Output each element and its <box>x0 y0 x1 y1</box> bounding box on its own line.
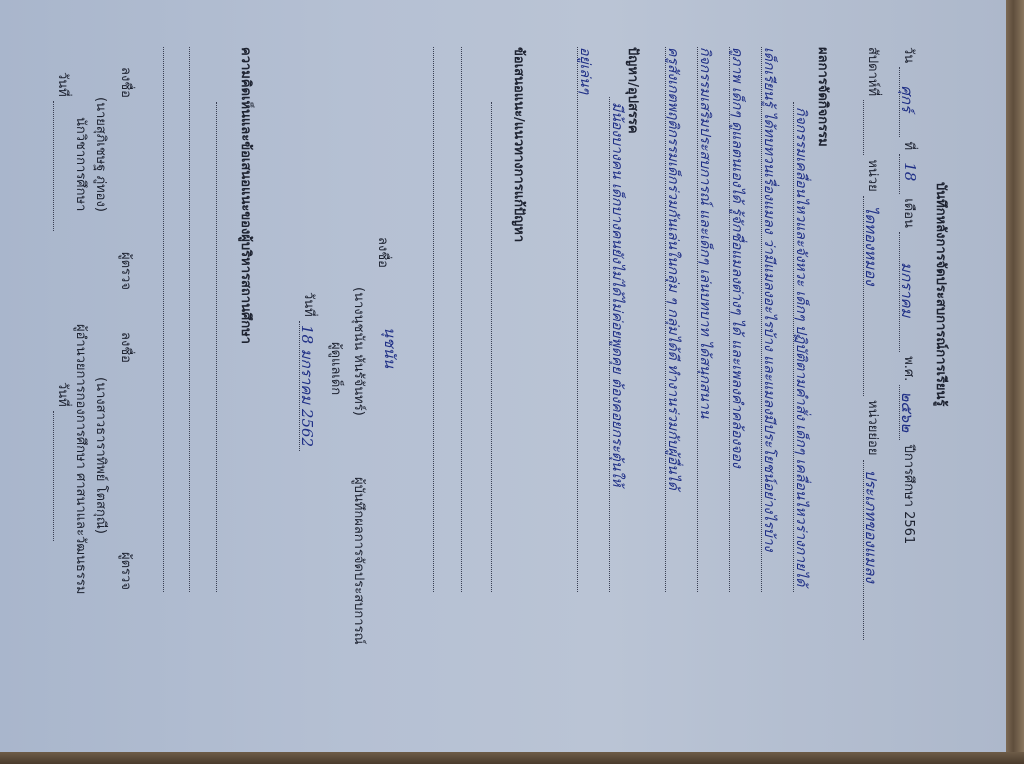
suggestions-line-1[interactable] <box>491 102 492 592</box>
inspector2-sign-label: ลงชื่อ <box>116 332 137 363</box>
recorder-date-line: วันที่ 18 มกราคม 2562 <box>299 292 320 451</box>
subunit-field[interactable]: ประเภทของแมลง <box>863 460 877 640</box>
date-line: วัน ศุกร์ ที่ 18 เดือน มกราคม พ.ศ. ๒๕๖๒ … <box>899 47 920 544</box>
inspector2-date-label: วันที่ <box>55 382 70 407</box>
results-text-3: ดูภาพ เด็กๆ ดูแลตนเองได้ รู้จักชื่อแมลงต… <box>726 47 748 468</box>
problems-text-2: อยู่เล่นๆ <box>574 47 596 94</box>
date-value: 18 <box>901 162 919 181</box>
admin-line-1[interactable] <box>216 102 217 592</box>
year-label: พ.ศ. <box>901 356 916 381</box>
results-text-4: กิจกรรมเสริมประสบการณ์ และเด็กๆ เล่นบทบา… <box>694 47 716 418</box>
month-label: เดือน <box>901 198 916 228</box>
inspector1-date-field[interactable] <box>53 101 67 231</box>
week-label: สัปดาห์ที่ <box>865 47 880 96</box>
results-text-1: กิจกรรมเคลื่อนไหวและจังหวะ เด็กๆ ปฏิบัติ… <box>790 107 812 586</box>
unit-value: ไดทองหมอง <box>859 206 883 286</box>
unit-field[interactable]: ไดทองหมอง <box>863 196 877 396</box>
results-text-5: ครูสังเกตพฤติกรรมเด็กร่วมกันเล่นในกลุ่ม … <box>662 47 684 490</box>
unit-line: สัปดาห์ที่ หน่วย ไดทองหมอง หน่วยย่อย ประ… <box>863 47 884 640</box>
inspector2-date-field[interactable] <box>53 411 67 541</box>
recorder-sign-label: ลงชื่อ <box>373 237 394 268</box>
problems-line-2[interactable] <box>577 47 578 592</box>
week-field[interactable] <box>863 100 877 155</box>
inspector1-sign-label: ลงชื่อ <box>116 67 137 98</box>
year-value: ๒๕๖๒ <box>895 391 919 432</box>
subunit-value: ประเภทของแมลง <box>859 470 883 583</box>
inspector2-date-line: วันที่ <box>53 382 74 541</box>
admin-line-2[interactable] <box>189 47 190 592</box>
wooden-surface-edge <box>0 752 1024 764</box>
recorder-name: (นางนุชนัน หันรัจันทร์) <box>349 287 370 416</box>
suggestions-line-2[interactable] <box>461 47 462 592</box>
recorder-date-field[interactable]: 18 มกราคม 2562 <box>299 321 313 451</box>
date-field[interactable]: 18 <box>899 154 913 194</box>
recorder-position: ผู้ดูแลเด็ก <box>326 342 347 395</box>
day-field[interactable]: ศุกร์ <box>899 67 913 137</box>
day-value: ศุกร์ <box>895 85 919 112</box>
form-sheet: บันทึกหลังการจัดประสบการณ์การเรียนรู้ วั… <box>62 0 962 632</box>
month-field[interactable]: มกราคม <box>899 232 913 352</box>
subunit-label: หน่วยย่อย <box>865 400 880 455</box>
admin-heading: ความคิดเห็นและข้อเสนอแนะของผู้บริหารสถาน… <box>236 47 257 344</box>
year-field[interactable]: ๒๕๖๒ <box>899 385 913 440</box>
wooden-surface <box>1006 0 1024 764</box>
suggestions-heading: ข้อเสนอแนะ/แนวทางการแก้ปัญหา <box>509 47 530 242</box>
results-heading: ผลการจัดกิจกรรม <box>813 47 834 147</box>
recorder-signature[interactable]: นุชนัน <box>378 327 402 368</box>
unit-label: หน่วย <box>865 159 880 191</box>
inspector2-position: ผู้อำนวยการกองการศึกษา ศาสนาและวัฒนธรรม <box>71 324 92 594</box>
date-label: ที่ <box>901 141 916 150</box>
results-text-2: เด็กเรียนรู้ ได้ทบทวนเรื่องแมลง ว่ามีแมล… <box>758 47 780 551</box>
inspector2-role: ผู้ตรวจ <box>116 552 137 590</box>
inspector2-name: (นางสาวธาราทิพย์ โตสกุณี) <box>91 377 112 534</box>
inspector1-date-label: วันที่ <box>55 72 70 97</box>
recorder-role: ผู้บันทึกผลการจัดประสบการณ์ <box>349 477 370 645</box>
day-label: วัน <box>901 47 916 63</box>
form-title: บันทึกหลังการจัดประสบการณ์การเรียนรู้ <box>931 182 952 406</box>
inspector1-role: ผู้ตรวจ <box>116 252 137 290</box>
inspector1-date-line: วันที่ <box>53 72 74 231</box>
suggestions-line-3[interactable] <box>433 47 434 592</box>
problems-text-1: มีน้องบางคน เด็กบางคนยังไม่ได้ไม่ค่อยพูด… <box>606 102 628 486</box>
inspector1-name: (นายสุภิเชษฐ ภู่ทอง) <box>91 97 112 212</box>
recorder-date-value: 18 มกราคม 2562 <box>295 325 319 447</box>
admin-line-3[interactable] <box>163 47 164 592</box>
month-value: มกราคม <box>895 262 919 317</box>
recorder-date-label: วันที่ <box>301 292 316 317</box>
inspector1-position: นักวิชาการศึกษา <box>71 117 92 211</box>
academic-year-label: ปีการศึกษา 2561 <box>901 445 916 545</box>
